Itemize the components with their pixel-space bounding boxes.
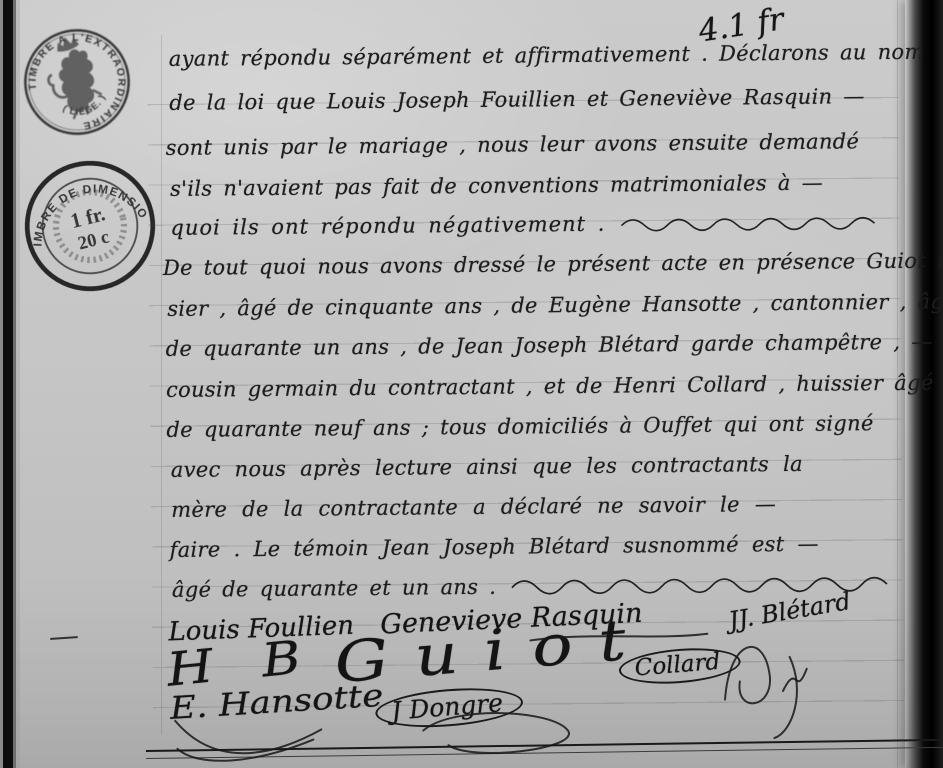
register-page: TIMBRE A L'EXTRAORDINAIRE ( LIÉGE. ) TIM… <box>0 0 943 768</box>
fill-squiggle <box>619 214 891 233</box>
signature-descender-flourish <box>748 652 809 753</box>
act-line: quoi ils ont répondu négativement . <box>170 212 605 240</box>
signature-underline-flourish <box>527 630 712 646</box>
signature-oval-flourish <box>413 699 584 763</box>
signature-swash-flourish <box>163 711 374 767</box>
act-line: âgé de quarante et un ans . <box>172 575 496 602</box>
